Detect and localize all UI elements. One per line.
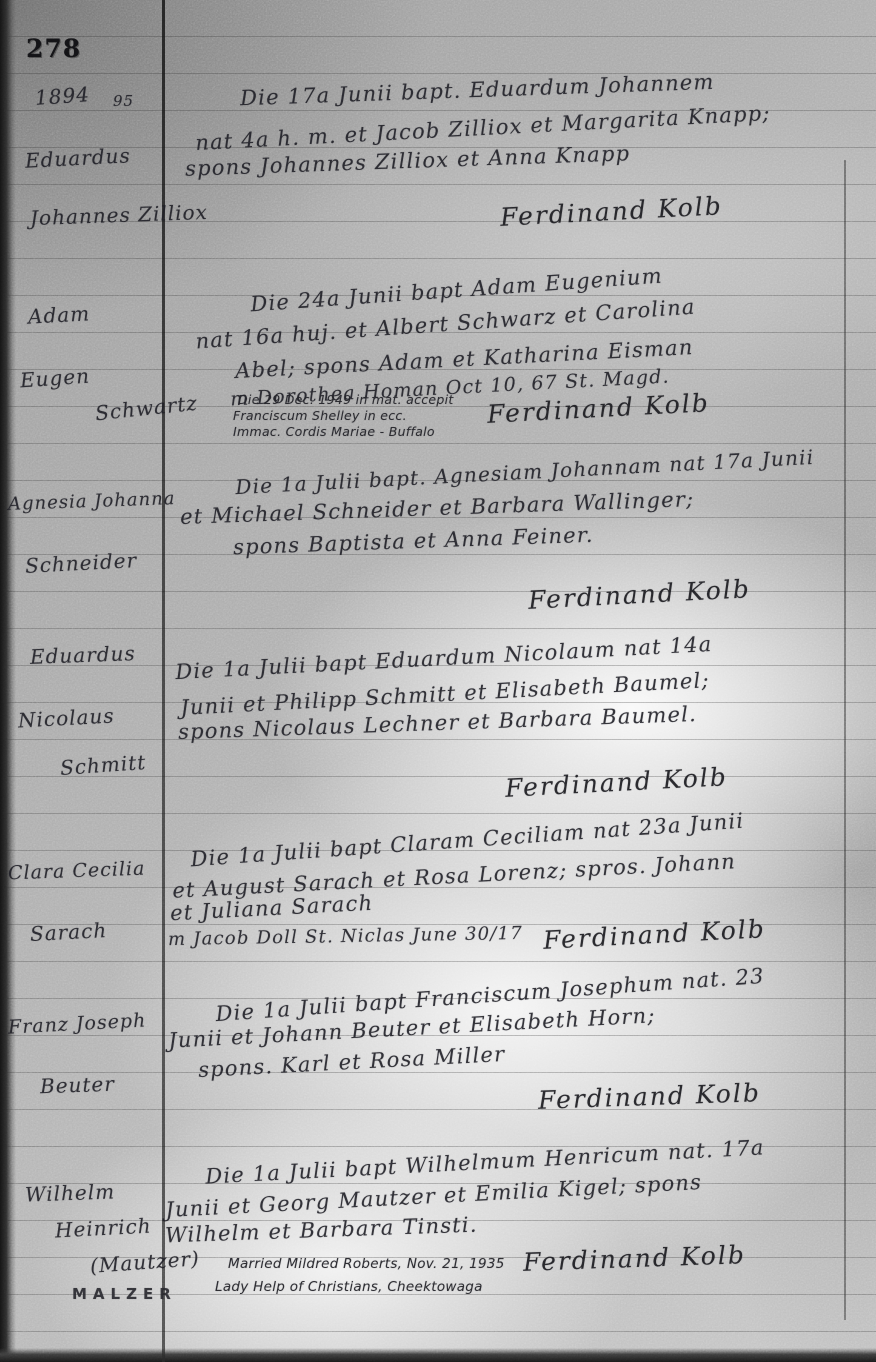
entry-7-margin-name-2: Heinrich [54,1213,152,1242]
baptismal-register-page: 278 1894 95 Die 17a Junii bapt. Eduardum… [0,0,876,1362]
entry-7-margin-name-1: Wilhelm [25,1179,116,1206]
entry-7-annotation-line-2: Lady Help of Christians, Cheektowaga [215,1279,483,1295]
entry-4-priest-signature: Ferdinand Kolb [504,762,728,803]
entry-5-margin-name-1: Clara Cecilia [8,858,146,885]
entry-5-priest-signature: Ferdinand Kolb [542,914,766,955]
entry-2-margin-name-3: Schwartz [94,391,199,426]
entry-6-margin-name-2: Beuter [40,1072,116,1099]
page-bottom-shadow [0,1348,876,1362]
entry-4-margin-name-3: Schmitt [59,750,147,780]
entry-6-priest-signature: Ferdinand Kolb [538,1078,762,1115]
entry-7-priest-signature: Ferdinand Kolb [523,1240,747,1277]
entry-3-body-line-3: spons Baptista et Anna Feiner. [233,523,594,560]
entry-1-body-line-1: Die 17a Junii bapt. Eduardum Johannem [240,70,715,111]
entry-3-margin-name-2: Schneider [24,548,137,578]
entry-4-margin-name-2: Nicolaus [17,703,115,732]
entry-5-margin-name-2: Sarach [29,918,107,946]
right-margin-line [844,160,846,1320]
entry-1-margin-name-1: Eduardus [24,143,131,173]
entry-2-annotation-line-3: Immac. Cordis Mariae - Buffalo [233,424,435,439]
entry-7-annotation-line-1: Married Mildred Roberts, Nov. 21, 1935 [228,1256,505,1272]
entry-3-body-line-1: Die 1a Julii bapt. Agnesiam Johannam nat… [235,445,815,499]
entry-1-number: 95 [113,92,134,110]
entry-3-margin-name-1: Agnesia Johanna [8,488,176,515]
entry-2-margin-name-2: Eugen [19,364,91,393]
entry-5-body-line-4: m Jacob Doll St. Niclas June 30/17 [168,923,523,950]
entry-6-margin-name-1: Franz Joseph [8,1009,147,1038]
book-binding-shadow [0,0,16,1362]
entry-7-margin-surname-print: MALZER [72,1285,177,1303]
entry-1-year: 1894 [34,82,90,110]
entry-2-annotation-line-1: Die 29 Dec. 1949 in mat. accepit [238,392,454,407]
entry-7-margin-name-3: (Mautzer) [89,1246,200,1278]
entry-2-annotation-line-2: Franciscum Shelley in ecc. [233,408,407,423]
entry-2-margin-name-1: Adam [27,301,90,328]
entry-4-margin-name-1: Eduardus [30,641,136,669]
entry-1-priest-signature: Ferdinand Kolb [499,191,723,232]
page-number: 278 [26,34,81,63]
entry-3-priest-signature: Ferdinand Kolb [527,574,751,615]
entry-1-margin-name-2: Johannes Zilliox [30,200,209,230]
